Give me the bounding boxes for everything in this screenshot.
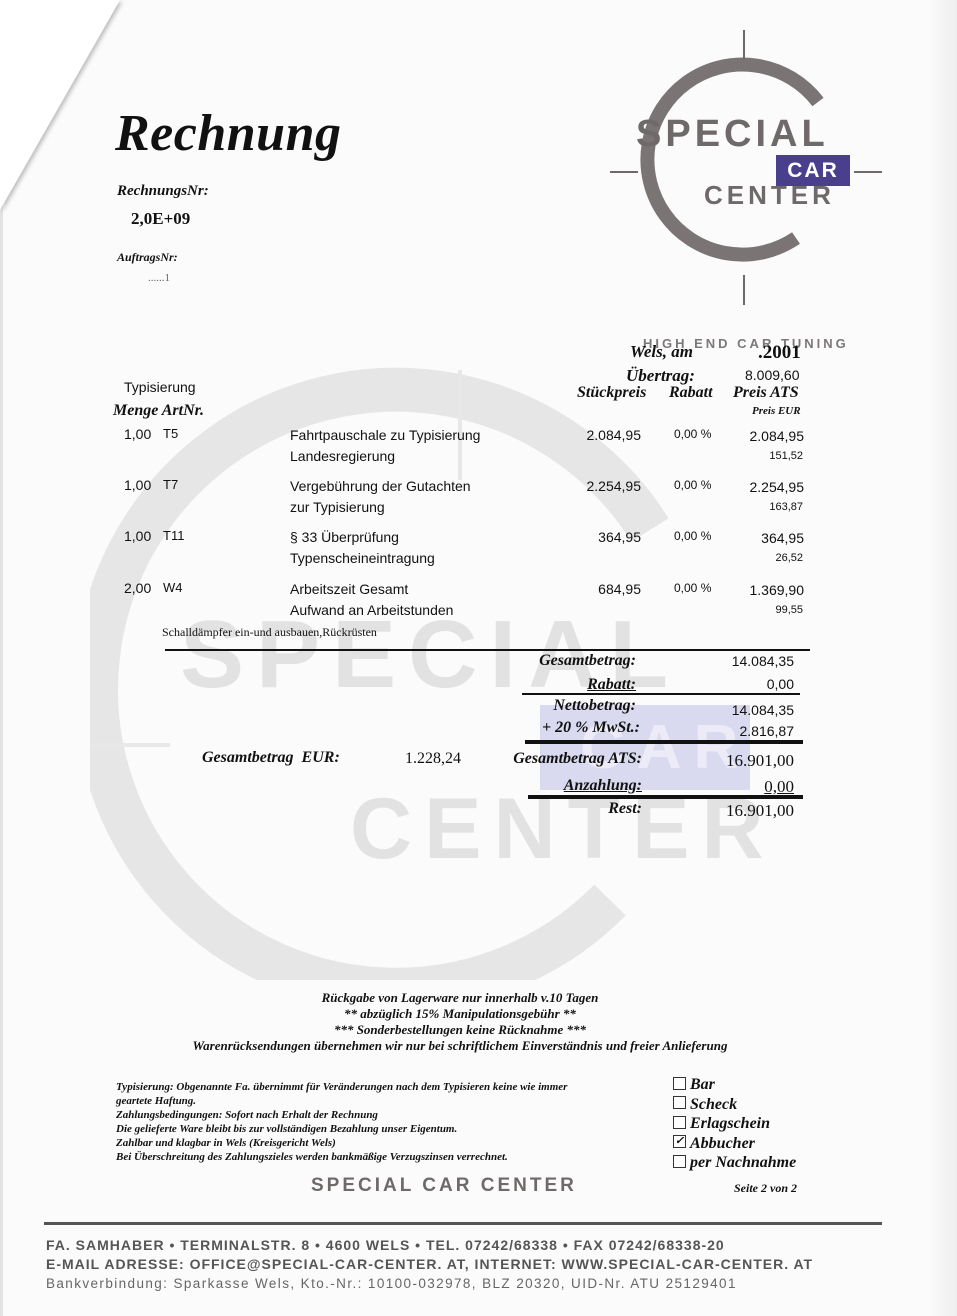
row-artno: W4 — [163, 580, 183, 595]
order-number-label: AuftragsNr: — [117, 250, 178, 265]
place-date-label: Wels, am — [630, 342, 693, 362]
returns-notice: Rückgabe von Lagerware nur innerhalb v.1… — [150, 990, 770, 1054]
vat-underline — [525, 740, 803, 744]
row-price-ats: 2.084,95 — [700, 428, 804, 444]
row-description-2: Aufwand an Arbeitstunden — [290, 602, 453, 618]
row-description-2: Typenscheineintragung — [290, 550, 435, 566]
row-price-eur: 26,52 — [720, 552, 803, 564]
payment-option-label: Erlagschein — [690, 1115, 770, 1132]
row-price-eur: 99,55 — [720, 604, 803, 616]
order-number: ......1 — [148, 272, 170, 284]
gross-value: 14.084,35 — [680, 653, 794, 669]
checkbox-icon[interactable] — [673, 1155, 686, 1168]
net-value: 14.084,35 — [680, 702, 794, 718]
total-ats-label: Gesamtbetrag ATS: — [470, 750, 642, 768]
row-artno: T5 — [163, 426, 178, 441]
rest-label: Rest: — [470, 800, 642, 818]
col-qty-artno: Menge ArtNr. — [113, 402, 204, 420]
vat-value: 2.816,87 — [680, 723, 794, 739]
row-qty: 1,00 — [124, 477, 151, 493]
payment-option[interactable]: ✓Abbucher — [673, 1134, 796, 1154]
terms-line: geartete Haftung. — [116, 1094, 656, 1108]
payment-option-label: Abbucher — [690, 1135, 755, 1152]
invoice-date: .2001 — [758, 342, 801, 364]
col-discount: Rabatt — [669, 384, 713, 402]
logo-center: CENTER — [704, 180, 835, 211]
row-qty: 1,00 — [124, 426, 151, 442]
row-description: § 33 Überprüfung — [290, 529, 399, 545]
footer-bank: Bankverbindung: Sparkasse Wels, Kto.-Nr.… — [46, 1276, 737, 1291]
category-label: Typisierung — [124, 379, 196, 395]
total-eur-label: Gesamtbetrag EUR: — [202, 749, 340, 767]
row-description: Vergebührung der Gutachten — [290, 478, 471, 494]
checkbox-icon[interactable] — [673, 1116, 686, 1129]
row-price-eur: 151,52 — [720, 450, 803, 462]
document-title: Rechnung — [115, 104, 342, 163]
row-qty: 1,00 — [124, 528, 151, 544]
rest-value: 16.901,00 — [680, 801, 794, 821]
footer-divider — [44, 1222, 882, 1225]
folded-corner — [0, 0, 120, 210]
payment-option-label: Scheck — [690, 1096, 737, 1113]
checkbox-icon[interactable] — [673, 1077, 686, 1090]
row-price-ats: 2.254,95 — [700, 479, 804, 495]
item-note: Schalldämpfer ein-und ausbauen,Rückrüste… — [162, 625, 377, 640]
payment-option[interactable]: Bar — [673, 1075, 796, 1095]
payment-methods: BarScheckErlagschein✓Abbucherper Nachnah… — [673, 1075, 796, 1173]
carry-over-value: 8.009,60 — [745, 367, 800, 383]
row-price-ats: 1.369,90 — [700, 582, 804, 598]
company-signature: SPECIAL CAR CENTER — [311, 1175, 577, 1197]
vat-label: + 20 % MwSt.: — [470, 719, 640, 737]
row-price-eur: 163,87 — [720, 501, 803, 513]
deposit-label: Anzahlung: — [470, 777, 642, 795]
row-artno: T7 — [163, 477, 178, 492]
footer-contact: E-MAIL ADRESSE: OFFICE@SPECIAL-CAR-CENTE… — [46, 1256, 813, 1272]
row-description: Arbeitszeit Gesamt — [290, 581, 408, 597]
row-qty: 2,00 — [124, 580, 151, 596]
terms-line: Zahlbar und klagbar in Wels (Kreisgerich… — [116, 1136, 656, 1150]
total-eur-value: 1.228,24 — [405, 750, 461, 768]
row-unit-price: 2.084,95 — [540, 427, 641, 443]
col-price-ats: Preis ATS — [733, 384, 799, 402]
invoice-number: 2,0E+09 — [131, 209, 190, 229]
invoice-number-label: RechnungsNr: — [117, 183, 209, 200]
terms-line: Zahlungsbedingungen: Sofort nach Erhalt … — [116, 1108, 656, 1122]
payment-option-label: Bar — [690, 1076, 715, 1093]
total-ats-value: 16.901,00 — [680, 751, 794, 771]
discount-underline — [522, 693, 800, 695]
row-description-2: Landesregierung — [290, 448, 395, 464]
row-description: Fahrtpauschale zu Typisierung — [290, 427, 480, 443]
row-description-2: zur Typisierung — [290, 499, 385, 515]
payment-option[interactable]: Erlagschein — [673, 1114, 796, 1134]
returns-line: Warenrücksendungen übernehmen wir nur be… — [150, 1038, 770, 1054]
carry-over-label: Übertrag: — [626, 366, 695, 386]
footer-address: FA. SAMHABER • TERMINALSTR. 8 • 4600 WEL… — [46, 1237, 725, 1253]
terms-line: Die gelieferte Ware bleibt bis zur volls… — [116, 1122, 656, 1136]
deposit-underline — [528, 795, 803, 799]
returns-line: *** Sonderbestellungen keine Rücknahme *… — [150, 1022, 770, 1038]
col-price-eur: Preis EUR — [752, 405, 801, 417]
page-edge-shadow — [929, 0, 957, 1316]
checkbox-checked-icon[interactable]: ✓ — [673, 1135, 686, 1148]
discount-value: 0,00 — [680, 676, 794, 692]
row-unit-price: 364,95 — [540, 529, 641, 545]
logo-special: SPECIAL — [636, 113, 829, 156]
logo-arc — [600, 30, 900, 310]
returns-line: ** abzüglich 15% Manipulationsgebühr ** — [150, 1006, 770, 1022]
payment-option[interactable]: per Nachnahme — [673, 1153, 796, 1173]
row-unit-price: 2.254,95 — [540, 478, 641, 494]
terms-line: Bei Überschreitung des Zahlungszieles we… — [116, 1150, 656, 1164]
payment-option[interactable]: Scheck — [673, 1095, 796, 1115]
row-price-ats: 364,95 — [700, 530, 804, 546]
checkbox-icon[interactable] — [673, 1096, 686, 1109]
col-unit-price: Stückpreis — [577, 384, 646, 402]
returns-line: Rückgabe von Lagerware nur innerhalb v.1… — [150, 990, 770, 1006]
row-artno: T11 — [163, 528, 184, 543]
deposit-value: 0,00 — [680, 777, 794, 797]
net-label: Nettobetrag: — [470, 697, 636, 715]
row-unit-price: 684,95 — [540, 581, 641, 597]
payment-option-label: per Nachnahme — [690, 1154, 796, 1171]
page-indicator: Seite 2 von 2 — [734, 1181, 797, 1196]
terms-line: Typisierung: Obgenannte Fa. übernimmt fü… — [116, 1080, 656, 1094]
discount-label: Rabatt: — [470, 676, 636, 694]
gross-label: Gesamtbetrag: — [470, 652, 636, 670]
terms-block: Typisierung: Obgenannte Fa. übernimmt fü… — [116, 1080, 656, 1164]
table-divider — [165, 649, 810, 651]
